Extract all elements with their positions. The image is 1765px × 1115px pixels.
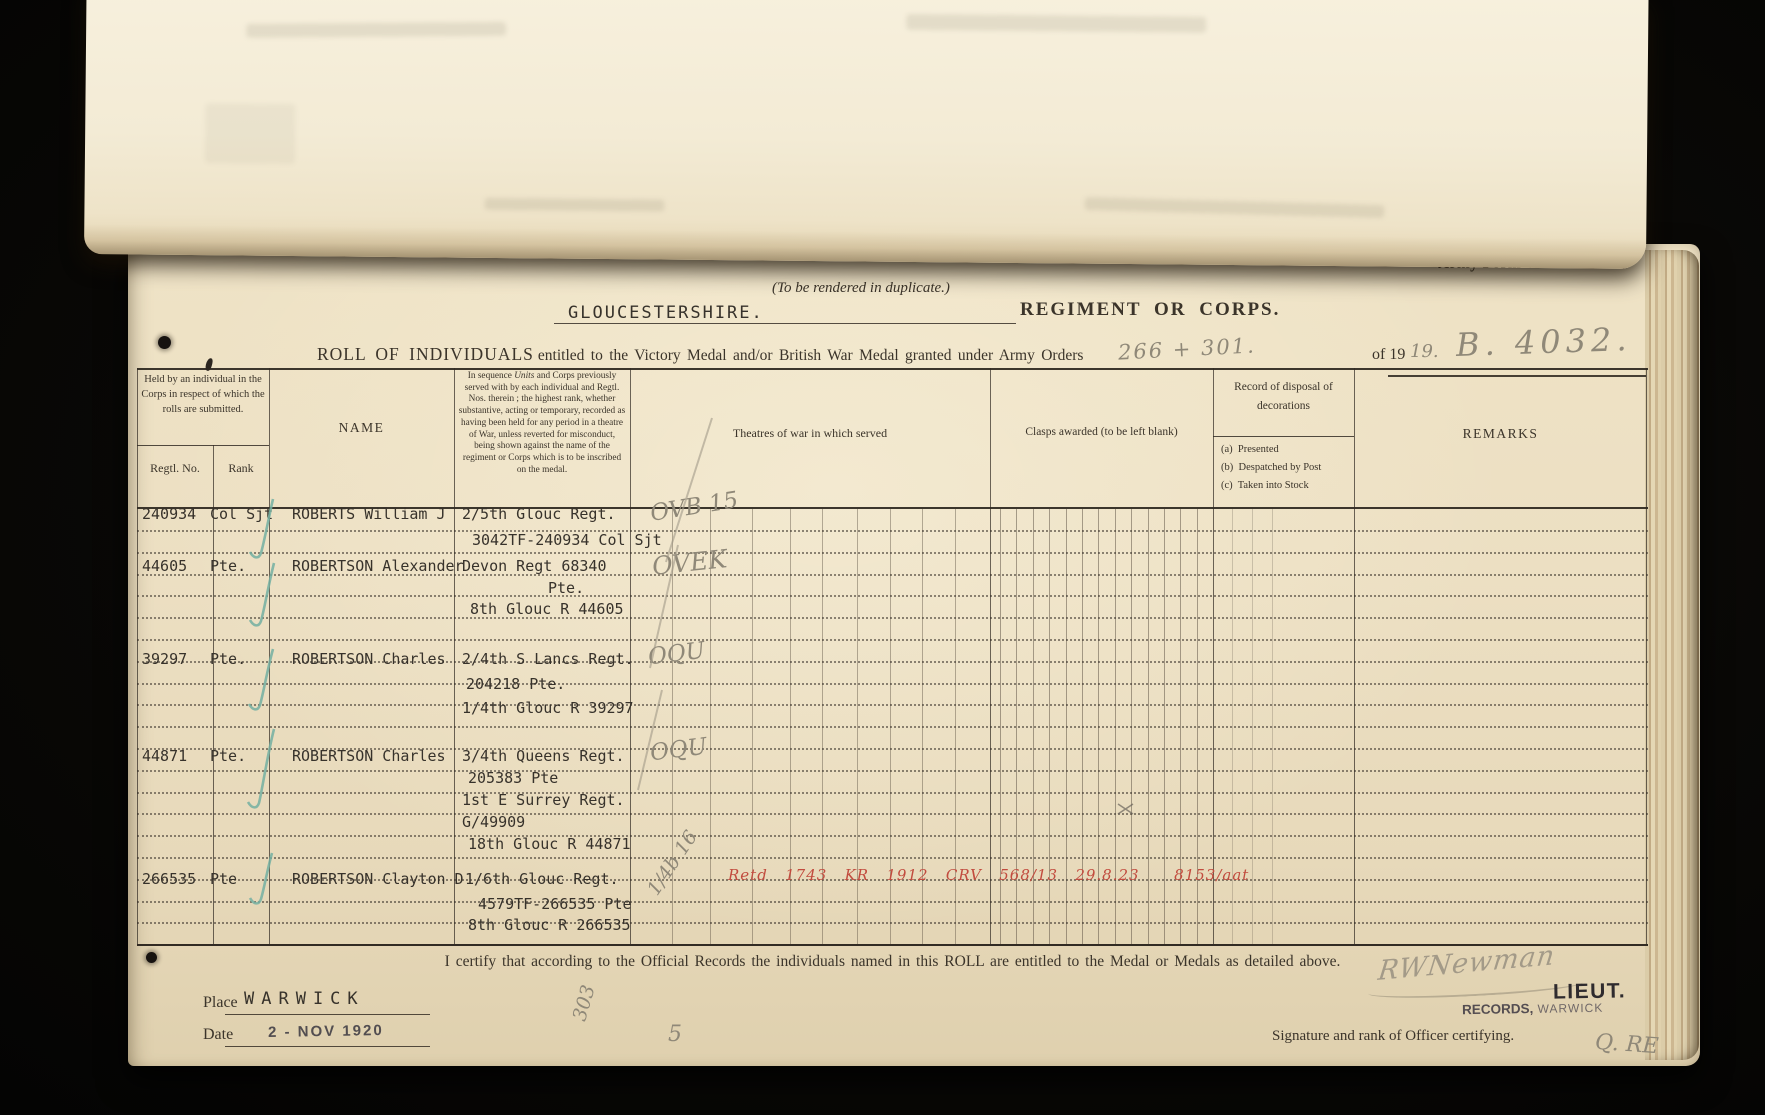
row-regtl-no: 44871 — [142, 747, 187, 765]
punch-hole — [158, 336, 171, 349]
row-unit-line: 2/4th S Lancs Regt. — [462, 650, 634, 668]
bleedthrough-smudge — [205, 103, 296, 164]
red-ink-annotation: Retd 1743 KR 1912 CRV 568/13 29.8.23 815… — [728, 866, 1249, 884]
row-regtl-no: 266535 — [142, 870, 196, 888]
table-rule — [137, 813, 1648, 815]
duplicate-note: (To be rendered in duplicate.) — [772, 280, 950, 297]
units-header-lead: In sequence — [468, 371, 514, 381]
roll-reference-handwritten: B. 4032. — [1455, 320, 1632, 364]
row-unit-line: 3042TF-240934 Col Sjt — [472, 531, 662, 549]
row-name: ROBERTSON Charles — [292, 650, 446, 668]
row-unit-line: Devon Regt 68340 — [462, 557, 607, 575]
table-rule — [137, 617, 1648, 619]
row-unit-line: 1/6th Glouc Regt. — [465, 870, 619, 888]
table-rule — [137, 857, 1648, 859]
col-header-theatres: Theatres of war in which served — [630, 426, 990, 441]
roll-title-rest: entitled to the Victory Medal and/or Bri… — [538, 347, 1084, 364]
col-header-clasps: Clasps awarded (to be left blank) — [990, 426, 1213, 438]
row-unit-line: 205383 Pte — [468, 769, 558, 787]
row-unit-line: 204218 Pte. — [466, 675, 565, 693]
row-unit-line: 1/4th Glouc R 39297 — [462, 699, 634, 717]
row-unit-line: 4579TF-266535 Pte — [478, 895, 632, 913]
col-header-held-by: Held by an individual in the Corps in re… — [140, 372, 266, 417]
row-unit-line: 8th Glouc R 266535 — [468, 916, 631, 934]
roll-title-lead: ROLL OF INDIVIDUALS — [317, 344, 534, 364]
disposal-item-c: (c) Taken into Stock — [1221, 480, 1309, 491]
previous-page-curl — [84, 0, 1649, 269]
table-rule — [137, 595, 1648, 597]
regiment-name-typed: GLOUCESTERSHIRE. — [568, 303, 764, 323]
row-rank: Pte. — [210, 650, 246, 668]
disposal-item-b: (b) Despatched by Post — [1221, 462, 1321, 473]
date-label: Date — [203, 1026, 233, 1044]
row-regtl-no: 240934 — [142, 505, 196, 523]
row-unit-line: 18th Glouc R 44871 — [468, 835, 631, 853]
table-rule — [269, 368, 270, 944]
col-header-regtl-no: Regtl. No. — [137, 461, 213, 476]
place-label: Place — [203, 994, 238, 1012]
table-rule — [1646, 368, 1647, 944]
row-regtl-no: 39297 — [142, 650, 187, 668]
table-rule — [990, 368, 991, 944]
row-rank: Pte. — [210, 747, 246, 765]
table-rule — [1213, 436, 1354, 437]
row-unit-line: 1st E Surrey Regt. — [462, 791, 625, 809]
pencil-scribble-qre: Q. RE — [1594, 1030, 1659, 1059]
col-header-disposal-2: decorations — [1213, 400, 1354, 412]
date-underline — [225, 1046, 430, 1047]
row-unit-line: 2/5th Glouc Regt. — [462, 505, 616, 523]
page-stack-edge — [1645, 250, 1699, 1060]
disposal-item-a: (a) Presented — [1221, 444, 1279, 455]
date-stamp: 2 - NOV 1920 — [268, 1022, 384, 1041]
table-rule — [1354, 368, 1355, 944]
row-name: ROBERTSON Clayton D — [292, 870, 464, 888]
table-rule — [137, 552, 1648, 554]
table-rule — [137, 704, 1648, 706]
year-handwritten: 19. — [1410, 341, 1439, 362]
table-rule — [137, 835, 1648, 837]
table-rule — [137, 770, 1648, 772]
row-unit-line: G/49909 — [462, 813, 525, 831]
table-rule — [137, 922, 1648, 924]
col-header-rank: Rank — [213, 461, 269, 476]
roll-title: ROLL OF INDIVIDUALS entitled to the Vict… — [317, 344, 1083, 365]
bleedthrough-smudge — [1084, 197, 1384, 218]
records-warwick-stamp: RECORDS, WARWICK — [1462, 999, 1604, 1019]
reference-underline — [1388, 375, 1646, 377]
col-header-name: NAME — [269, 420, 454, 436]
signature-caption: Signature and rank of Officer certifying… — [1272, 1028, 1514, 1045]
row-unit-line: 8th Glouc R 44605 — [470, 600, 624, 618]
row-name: ROBERTSON Charles — [292, 747, 446, 765]
table-rule — [137, 683, 1648, 685]
table-rule — [137, 530, 1648, 532]
row-name: ROBERTSON Alexander — [292, 557, 464, 575]
units-header-units-word: Units — [514, 371, 534, 381]
records-stamp-word: RECORDS, — [1462, 1001, 1534, 1017]
units-header-rest: and Corps previously served with by each… — [459, 371, 625, 475]
col-header-units: In sequence Units and Corps previously s… — [458, 371, 626, 476]
bleedthrough-smudge — [906, 14, 1206, 33]
pencil-scribble-5: 5 — [668, 1022, 682, 1047]
scanned-medal-roll-photo: Army Form W. 5105. (To be rendered in du… — [0, 0, 1765, 1115]
col-header-disposal-1: Record of disposal of — [1213, 381, 1354, 393]
warwick-stamp-word: WARWICK — [1533, 1001, 1603, 1016]
bleedthrough-smudge — [484, 198, 664, 212]
table-rule — [454, 368, 455, 944]
table-rule — [137, 944, 1648, 946]
row-regtl-no: 44605 — [142, 557, 187, 575]
place-underline — [225, 1014, 430, 1015]
table-rule — [137, 368, 1648, 370]
table-rule — [137, 726, 1648, 728]
table-rule — [137, 792, 1648, 794]
table-rule — [137, 901, 1648, 903]
row-unit-line: Pte. — [548, 579, 584, 597]
regiment-underline — [554, 323, 1016, 324]
table-rule — [1213, 368, 1214, 944]
row-rank: Pte. — [210, 557, 246, 575]
row-rank: Pte — [210, 870, 237, 888]
regiment-or-corps-label: REGIMENT OR CORPS. — [1020, 299, 1280, 321]
table-rule — [137, 368, 138, 944]
col-header-remarks: REMARKS — [1354, 426, 1647, 442]
place-value-typed: WARWICK — [244, 989, 365, 1009]
bleedthrough-smudge — [246, 22, 506, 38]
row-rank: Col Sjt — [210, 505, 273, 523]
table-rule — [137, 445, 269, 446]
row-name: ROBERTS William J — [292, 505, 446, 523]
table-rule — [137, 639, 1648, 641]
row-unit-line: 3/4th Queens Regt. — [462, 747, 625, 765]
of-19-label: of 19 — [1372, 346, 1405, 364]
